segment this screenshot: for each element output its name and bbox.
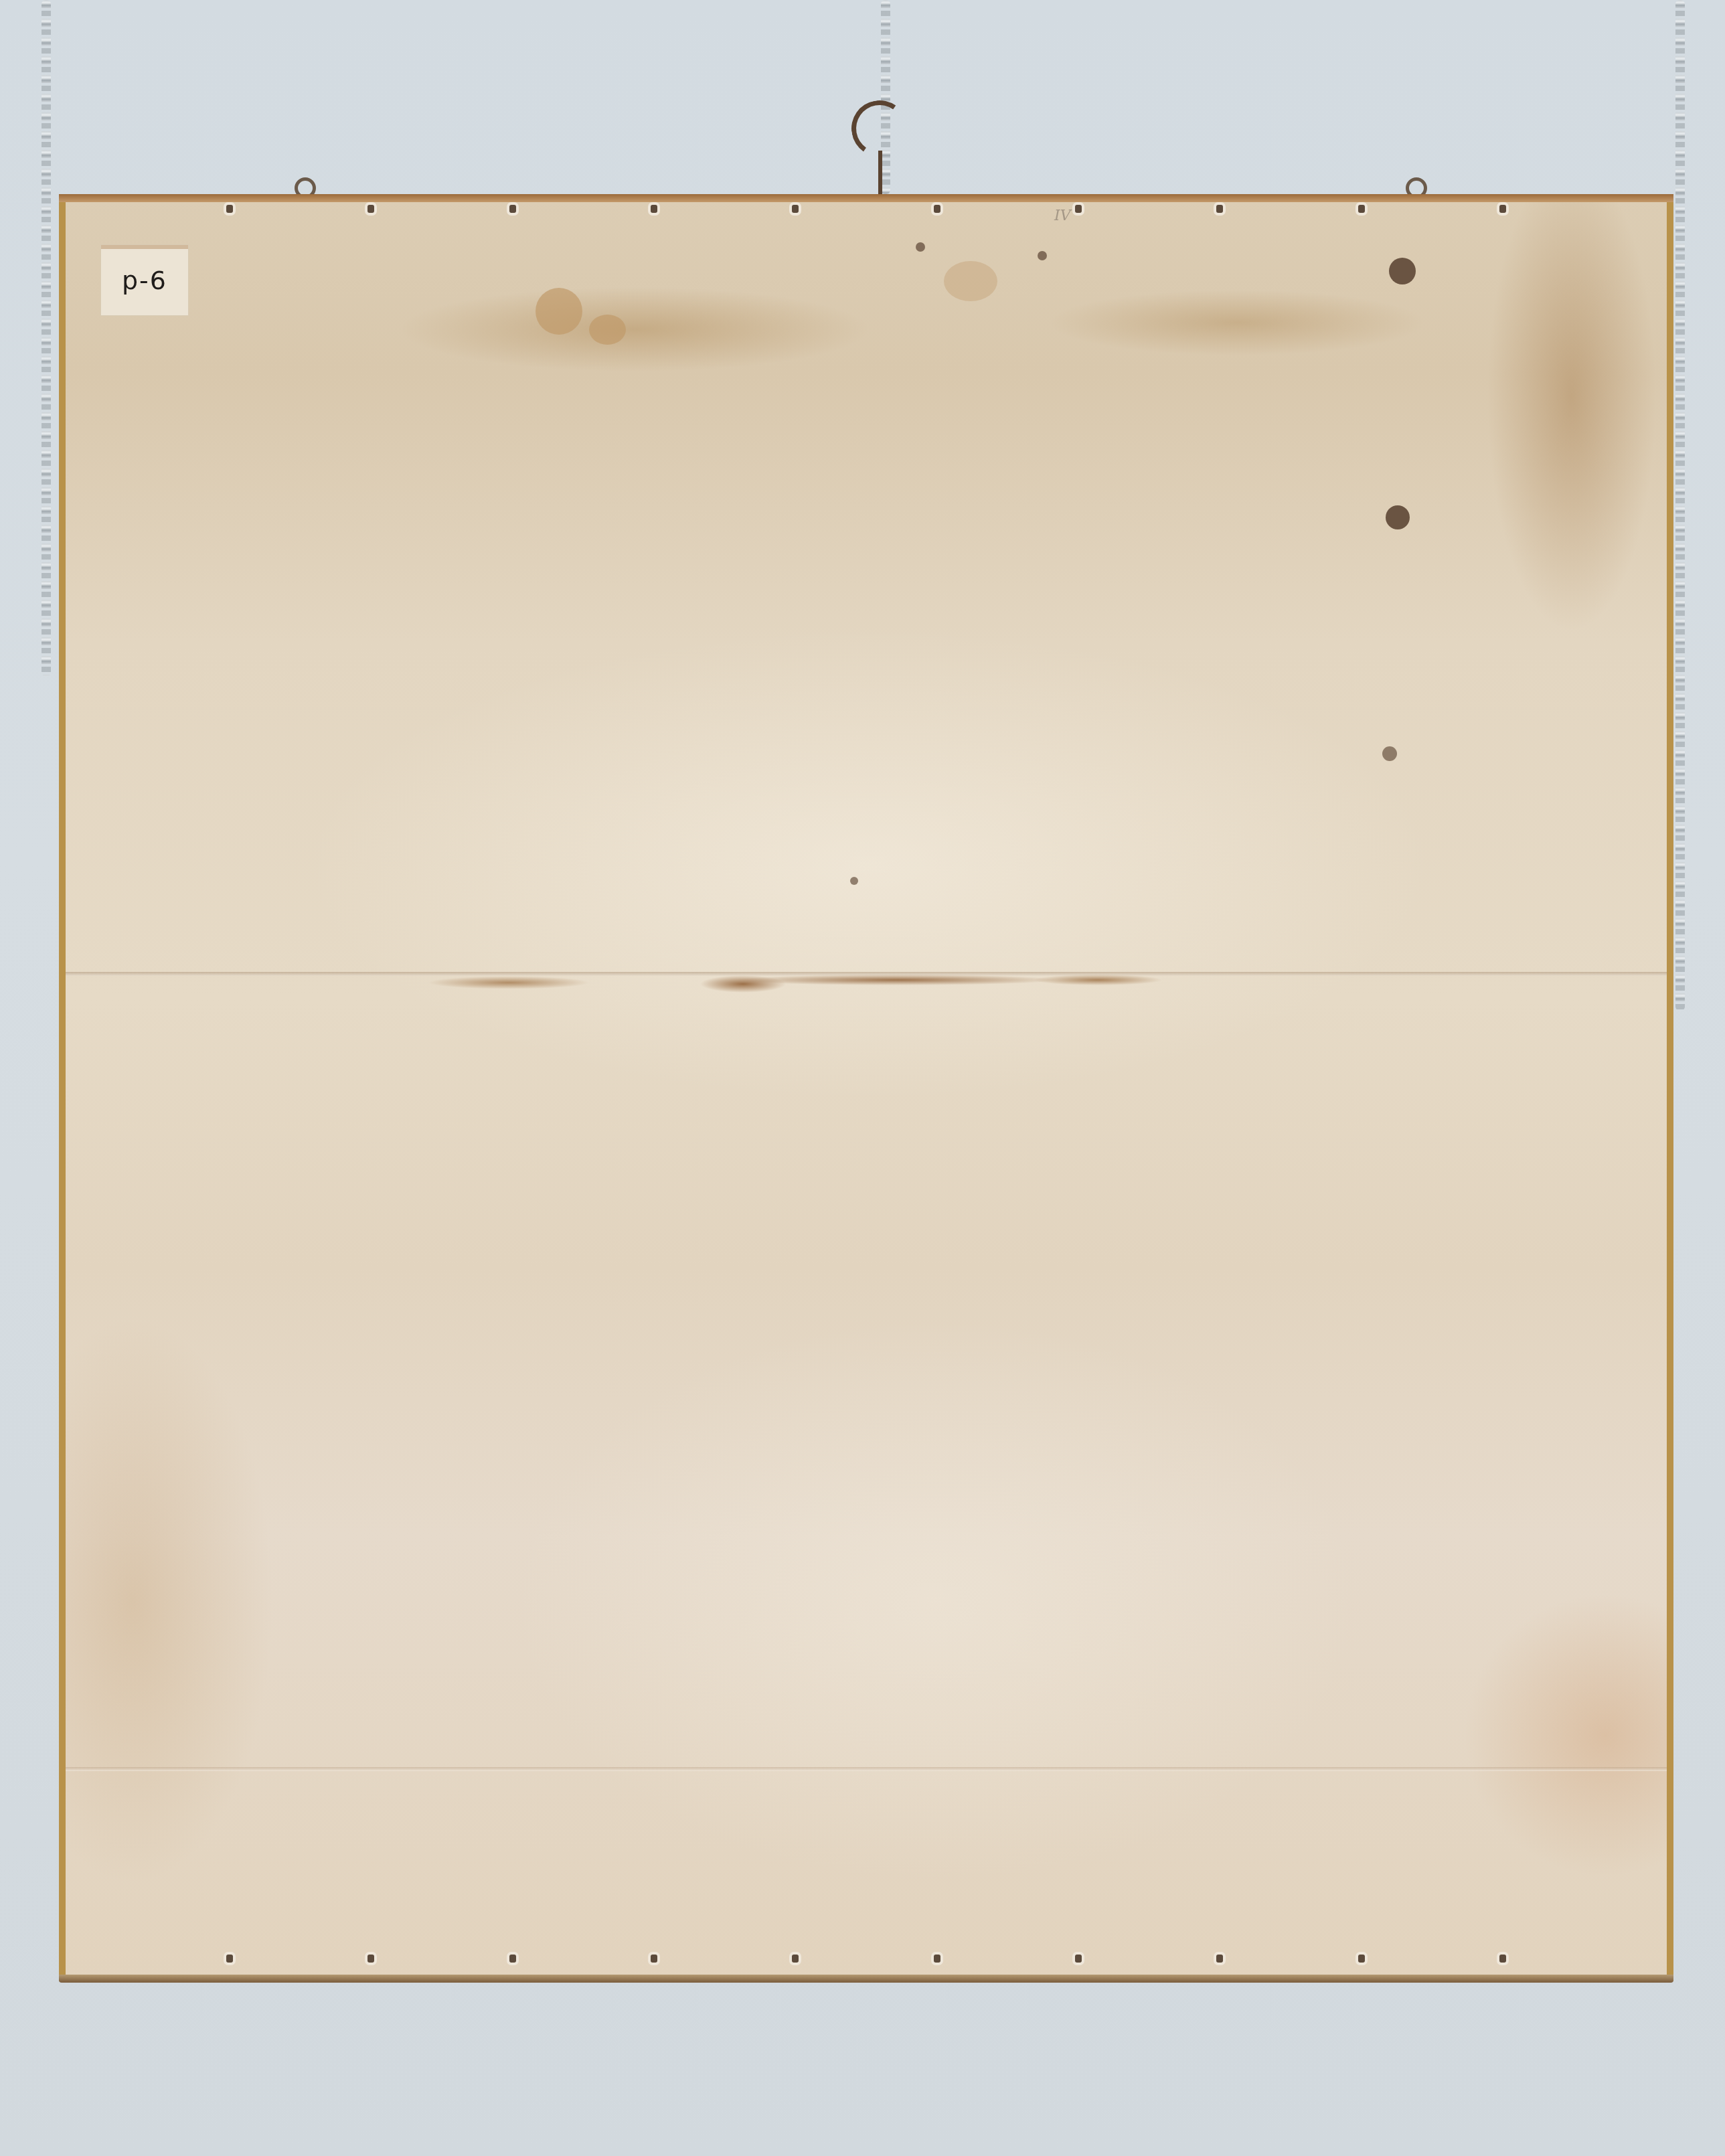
pinhole [509, 1955, 516, 1963]
pinhole [367, 1955, 374, 1963]
pinhole [934, 1955, 940, 1963]
bottom-rod [59, 1975, 1673, 1983]
stain-spot [1386, 505, 1410, 529]
pinhole [1358, 205, 1365, 213]
pinhole [226, 1955, 233, 1963]
pinhole [367, 205, 374, 213]
pinhole [1216, 205, 1223, 213]
pinhole [1499, 205, 1506, 213]
chain-right [1675, 0, 1685, 1011]
pinhole [1216, 1955, 1223, 1963]
catalog-label-text: p-6 [122, 266, 167, 295]
chain-center [881, 0, 890, 194]
top-rod [59, 194, 1673, 202]
pencil-mark: IV [1054, 208, 1071, 224]
pinhole [226, 205, 233, 213]
stain-blotch [536, 288, 582, 335]
pinhole [1358, 1955, 1365, 1963]
pinhole [1499, 1955, 1506, 1963]
chart-canvas-back [59, 195, 1673, 1981]
stain-blotch [589, 315, 626, 345]
pinhole [651, 205, 657, 213]
stain-spot [1038, 251, 1047, 260]
bottom-pinholes [66, 1955, 1667, 1968]
pinhole [792, 205, 799, 213]
s-hook-stem [878, 151, 882, 196]
stain-blotch [944, 261, 997, 301]
pinhole [934, 205, 940, 213]
top-pinholes [66, 205, 1667, 218]
pinhole [792, 1955, 799, 1963]
stain-spot [850, 877, 858, 885]
pinhole [1075, 205, 1082, 213]
tear-stain [428, 971, 1185, 997]
stain-spot [1382, 746, 1397, 761]
pinhole [651, 1955, 657, 1963]
horizontal-fold-bottom [66, 1767, 1667, 1771]
pinhole [1075, 1955, 1082, 1963]
stain-spot [916, 242, 925, 252]
chain-left [42, 0, 51, 676]
pinhole [509, 205, 516, 213]
catalog-label: p-6 [100, 244, 189, 316]
stain-spot [1389, 258, 1416, 284]
